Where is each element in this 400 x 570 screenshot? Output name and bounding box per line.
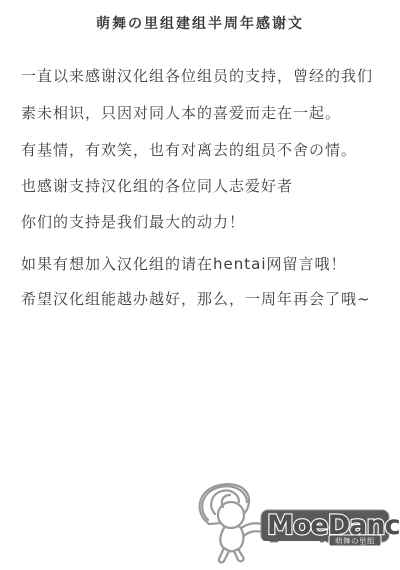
page-title: 萌舞の里组建组半周年感谢文	[0, 13, 400, 33]
letter-line: 希望汉化组能越办越好，那么，一周年再会了哦~	[21, 288, 371, 308]
mascot-icon	[200, 484, 264, 562]
moedance-logo: MoeDance 萌舞の里组	[193, 482, 400, 570]
logo-subtitle: 萌舞の里组	[335, 536, 375, 546]
letter-line: 如果有想加入汉化组的请在hentai网留言哦！	[21, 253, 347, 273]
pulse-line-icon	[263, 542, 325, 551]
logo-banner: MoeDance 萌舞の里组	[261, 510, 400, 551]
letter-line: 一直以来感谢汉化组各位组员的支持，曾经的我们	[21, 65, 373, 85]
letter-line: 有基情，有欢笑，也有对离去的组员不舍の情。	[21, 139, 357, 159]
letter-line: 也感谢支持汉化组的各位同人志爱好者	[21, 175, 293, 195]
letter-line: 素未相识，只因对同人本的喜爱而走在一起。	[21, 102, 341, 122]
letter-line: 你们的支持是我们最大的动力！	[21, 211, 245, 231]
letter-page: 萌舞の里组建组半周年感谢文 一直以来感谢汉化组各位组员的支持，曾经的我们 素未相…	[0, 0, 400, 570]
